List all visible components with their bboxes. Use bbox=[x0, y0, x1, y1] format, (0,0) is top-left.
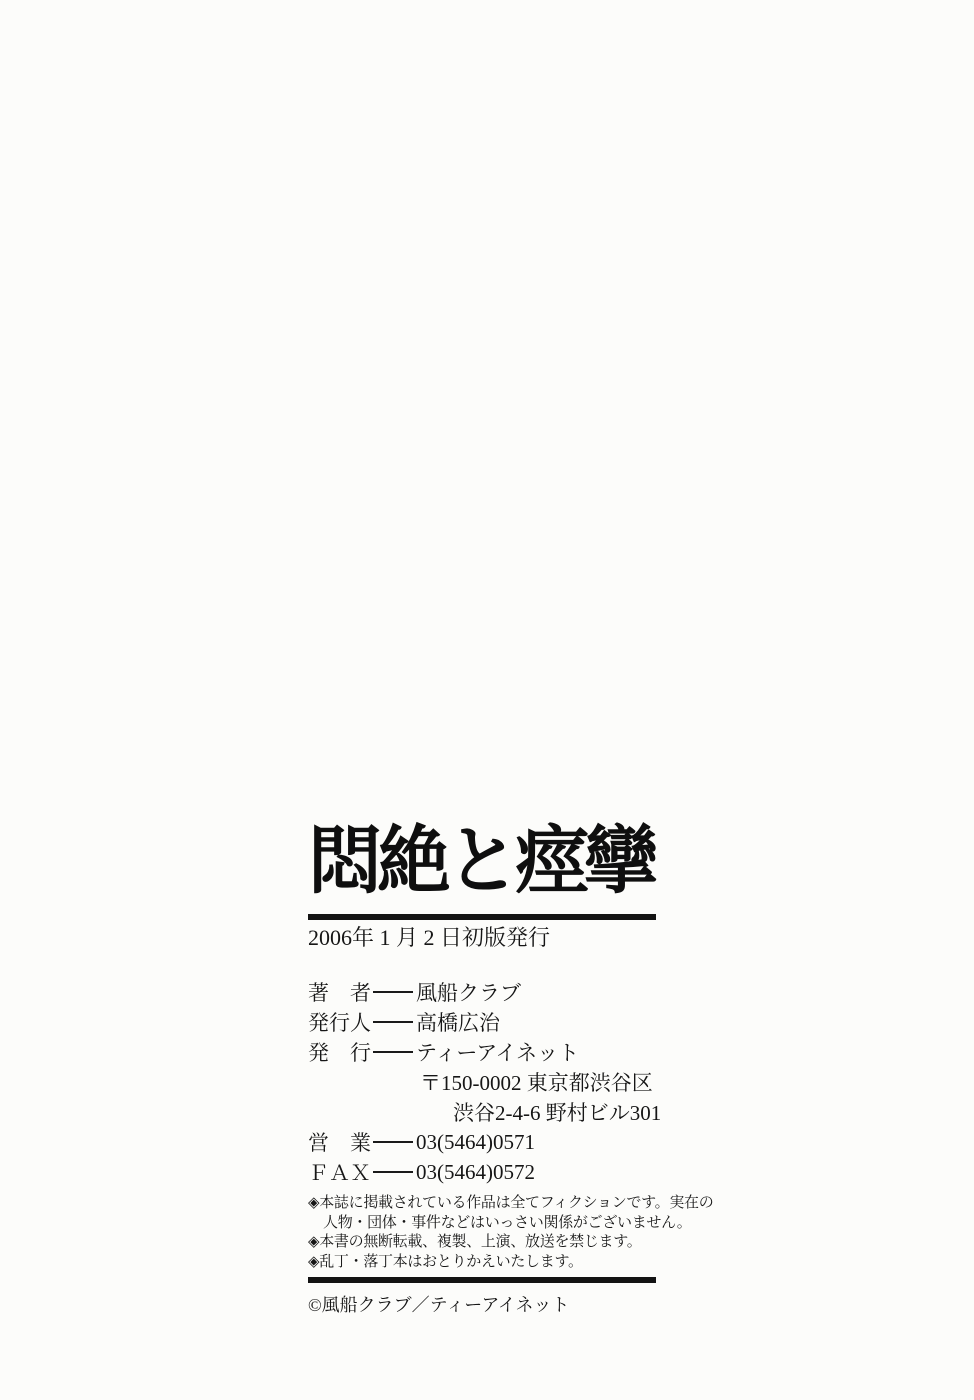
book-title: 悶絶と痙攣 bbox=[308, 810, 656, 914]
fax-row: ＦＡＸ 03(5464)0572 bbox=[308, 1157, 656, 1187]
publisher-person-value: 高橋広治 bbox=[416, 1007, 500, 1037]
publisher-person-row: 発行人 高橋広治 bbox=[308, 1007, 656, 1037]
fiction-disclaimer-line-2: 人物・団体・事件などはいっさい関係がございません。 bbox=[308, 1214, 656, 1234]
publisher-label: 発 行 bbox=[308, 1037, 372, 1067]
publisher-address-line-1: 〒150-0002 東京都渋谷区 bbox=[308, 1067, 656, 1097]
sales-phone-row: 営 業 03(5464)0571 bbox=[308, 1127, 656, 1157]
author-value: 風船クラブ bbox=[416, 977, 521, 1007]
title-divider bbox=[308, 914, 656, 920]
publisher-row: 発 行 ティーアイネット bbox=[308, 1037, 656, 1067]
colophon-block: 悶絶と痙攣 2006年 1 月 2 日初版発行 著 者 風船クラブ 発行人 高橋… bbox=[308, 810, 656, 1317]
author-row: 著 者 風船クラブ bbox=[308, 977, 656, 1007]
dash-line bbox=[373, 991, 413, 993]
address-street: 渋谷2-4-6 野村ビル301 bbox=[453, 1097, 661, 1127]
author-label: 著 者 bbox=[308, 977, 372, 1007]
copyright-line: ©風船クラブ／ティーアイネット bbox=[308, 1291, 656, 1317]
fax-value: 03(5464)0572 bbox=[416, 1160, 535, 1185]
bottom-divider bbox=[308, 1277, 656, 1283]
fiction-disclaimer-line-1: ◈本誌に掲載されている作品は全てフィクションです。実在の bbox=[308, 1194, 656, 1214]
edition-date: 2006年 1 月 2 日初版発行 bbox=[308, 925, 656, 951]
sales-label: 営 業 bbox=[308, 1127, 372, 1157]
fax-label: ＦＡＸ bbox=[308, 1157, 372, 1187]
address-postal: 〒150-0002 東京都渋谷区 bbox=[420, 1067, 653, 1097]
publisher-value: ティーアイネット bbox=[416, 1037, 579, 1067]
publisher-address-line-2: 渋谷2-4-6 野村ビル301 bbox=[308, 1097, 656, 1127]
dash-line bbox=[373, 1021, 413, 1023]
dash-line bbox=[373, 1051, 413, 1053]
legal-notices: ◈本誌に掲載されている作品は全てフィクションです。実在の 人物・団体・事件などは… bbox=[308, 1194, 656, 1272]
dash-line bbox=[373, 1171, 413, 1173]
reproduction-prohibition-notice: ◈本書の無断転載、複製、上演、放送を禁じます。 bbox=[308, 1233, 656, 1253]
sales-phone-value: 03(5464)0571 bbox=[416, 1130, 535, 1155]
publication-info: 著 者 風船クラブ 発行人 高橋広治 発 行 ティーアイネット 〒150-000… bbox=[308, 977, 656, 1187]
defective-copy-notice: ◈乱丁・落丁本はおとりかえいたします。 bbox=[308, 1253, 656, 1273]
dash-line bbox=[373, 1141, 413, 1143]
scanned-colophon-page: 悶絶と痙攣 2006年 1 月 2 日初版発行 著 者 風船クラブ 発行人 高橋… bbox=[0, 0, 974, 1400]
publisher-person-label: 発行人 bbox=[308, 1007, 372, 1037]
